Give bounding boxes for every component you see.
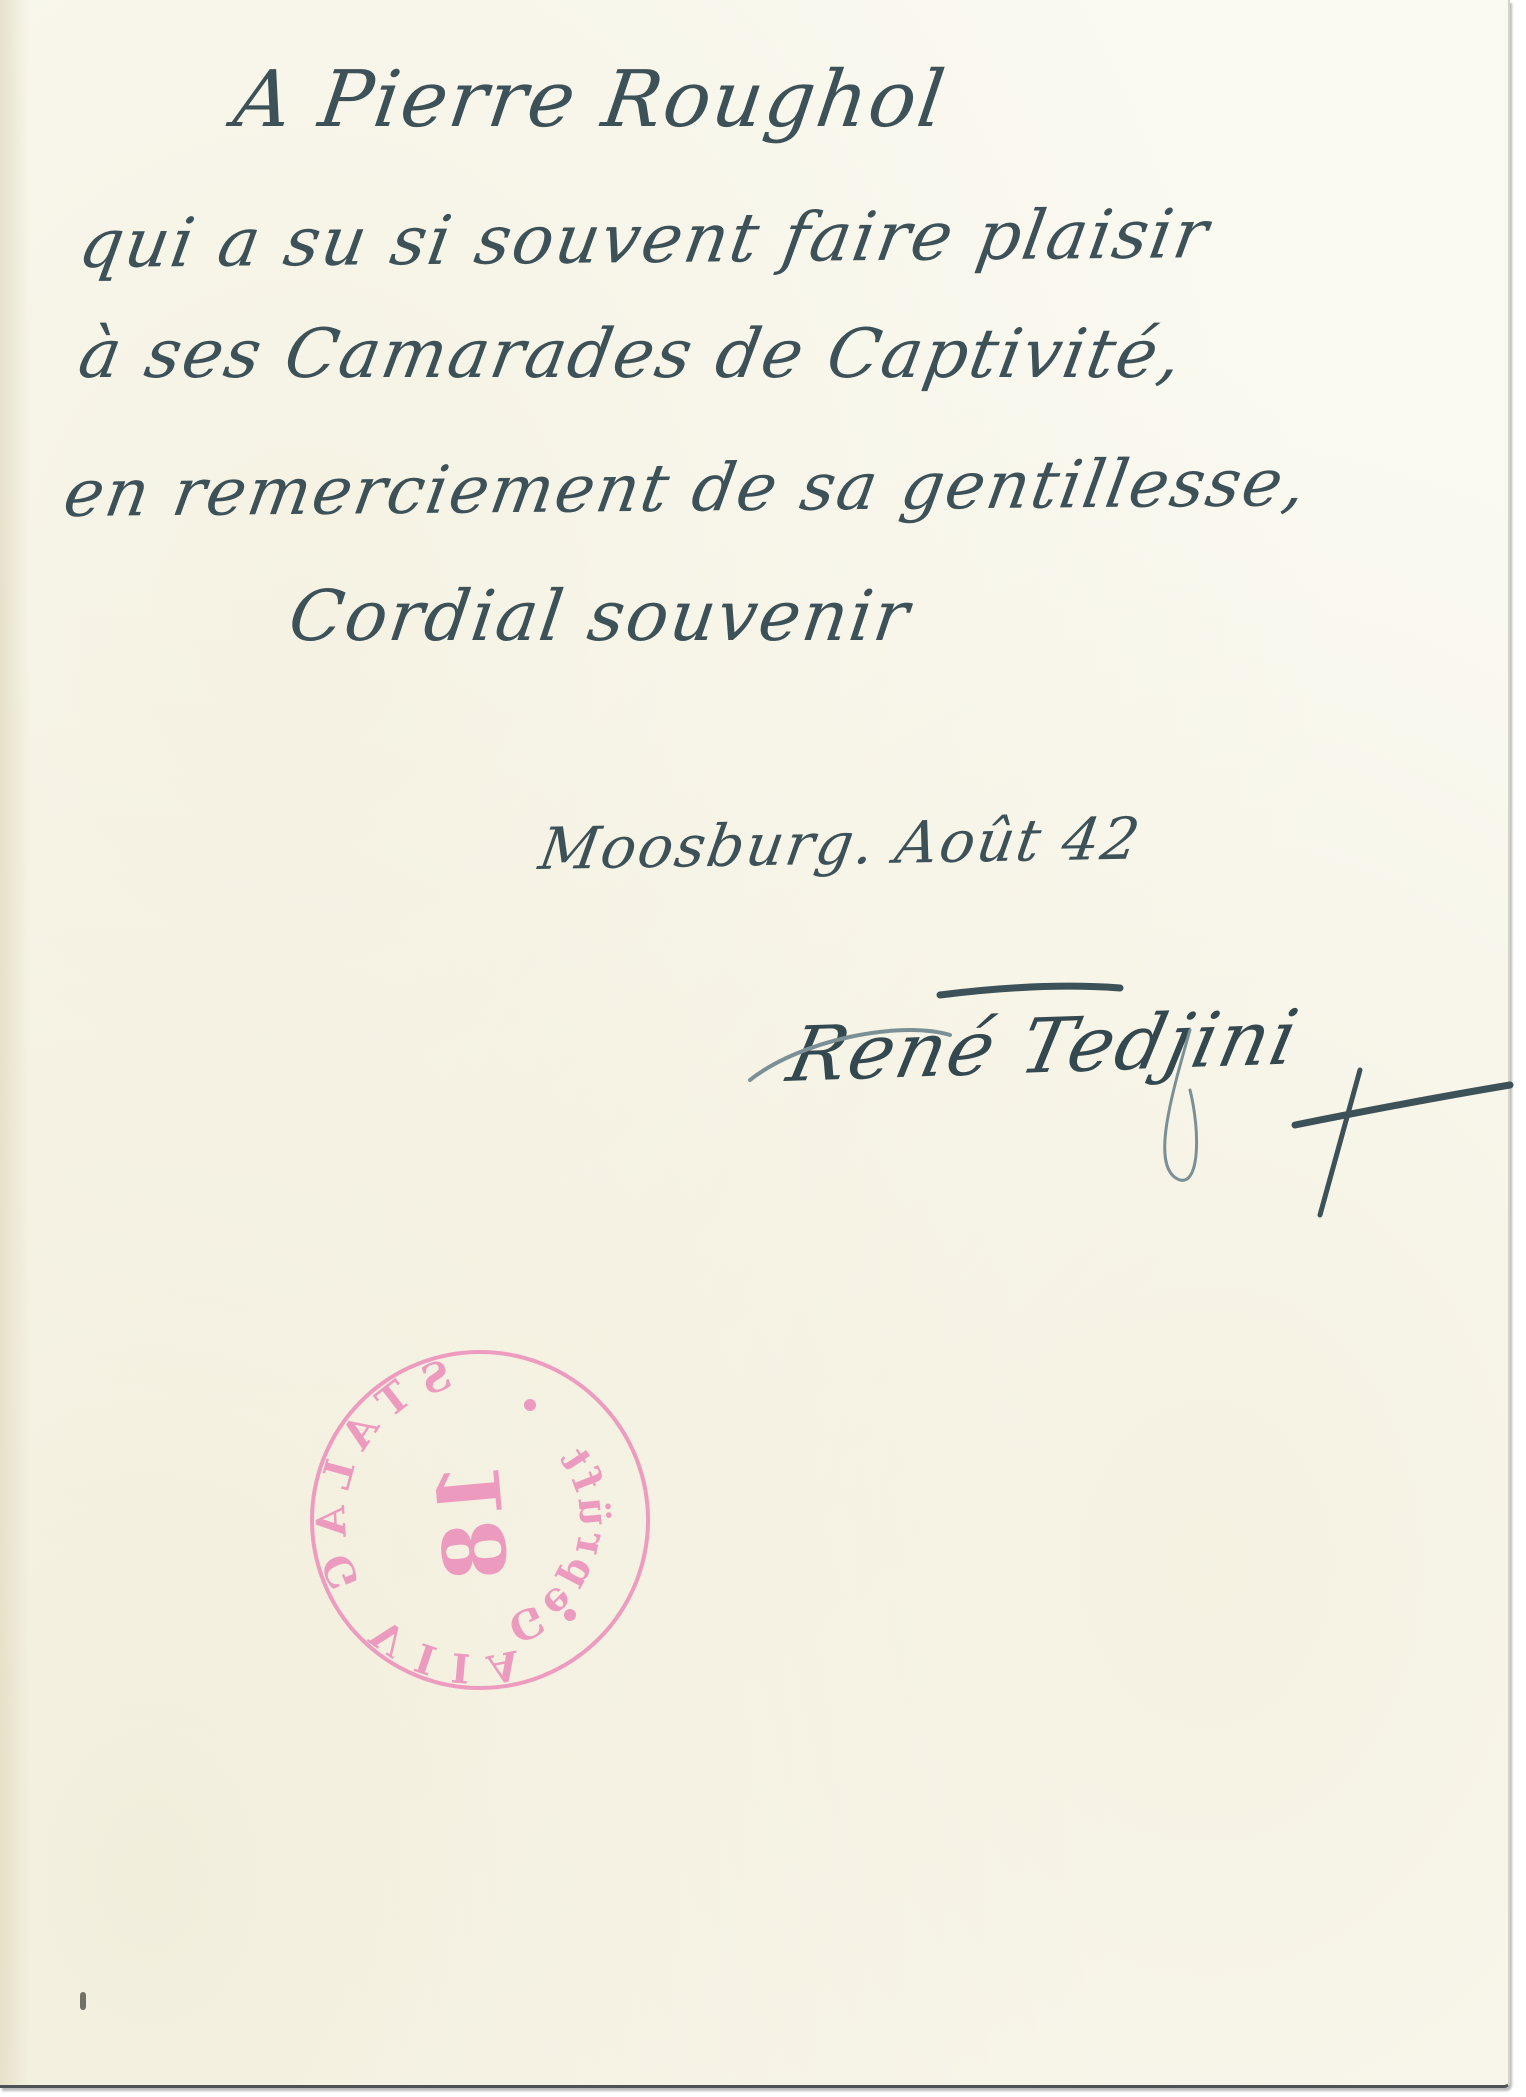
signature: René Tedjini <box>780 992 1307 1099</box>
place-and-date: Moosburg. Août 42 <box>535 805 1146 883</box>
paper-edge-shading <box>0 0 30 2085</box>
stalag-censor-stamp: STALAG VIIA Geprüft 18 <box>305 1345 655 1695</box>
dedication-line-1: A Pierre Roughol <box>229 55 952 145</box>
dedication-line-3: à ses Camarades de Captivité, <box>73 315 1190 394</box>
dedication-line-2: qui a su si souvent faire plaisir <box>73 195 1215 284</box>
photo-back-paper: A Pierre Roughol qui a su si souvent fai… <box>0 0 1510 2088</box>
stamp-number: 18 <box>418 1457 529 1585</box>
dedication-closing: Cordial souvenir <box>284 575 915 657</box>
ink-speck <box>80 1992 86 2010</box>
dedication-line-4: en remerciement de sa gentillesse, <box>59 444 1314 532</box>
